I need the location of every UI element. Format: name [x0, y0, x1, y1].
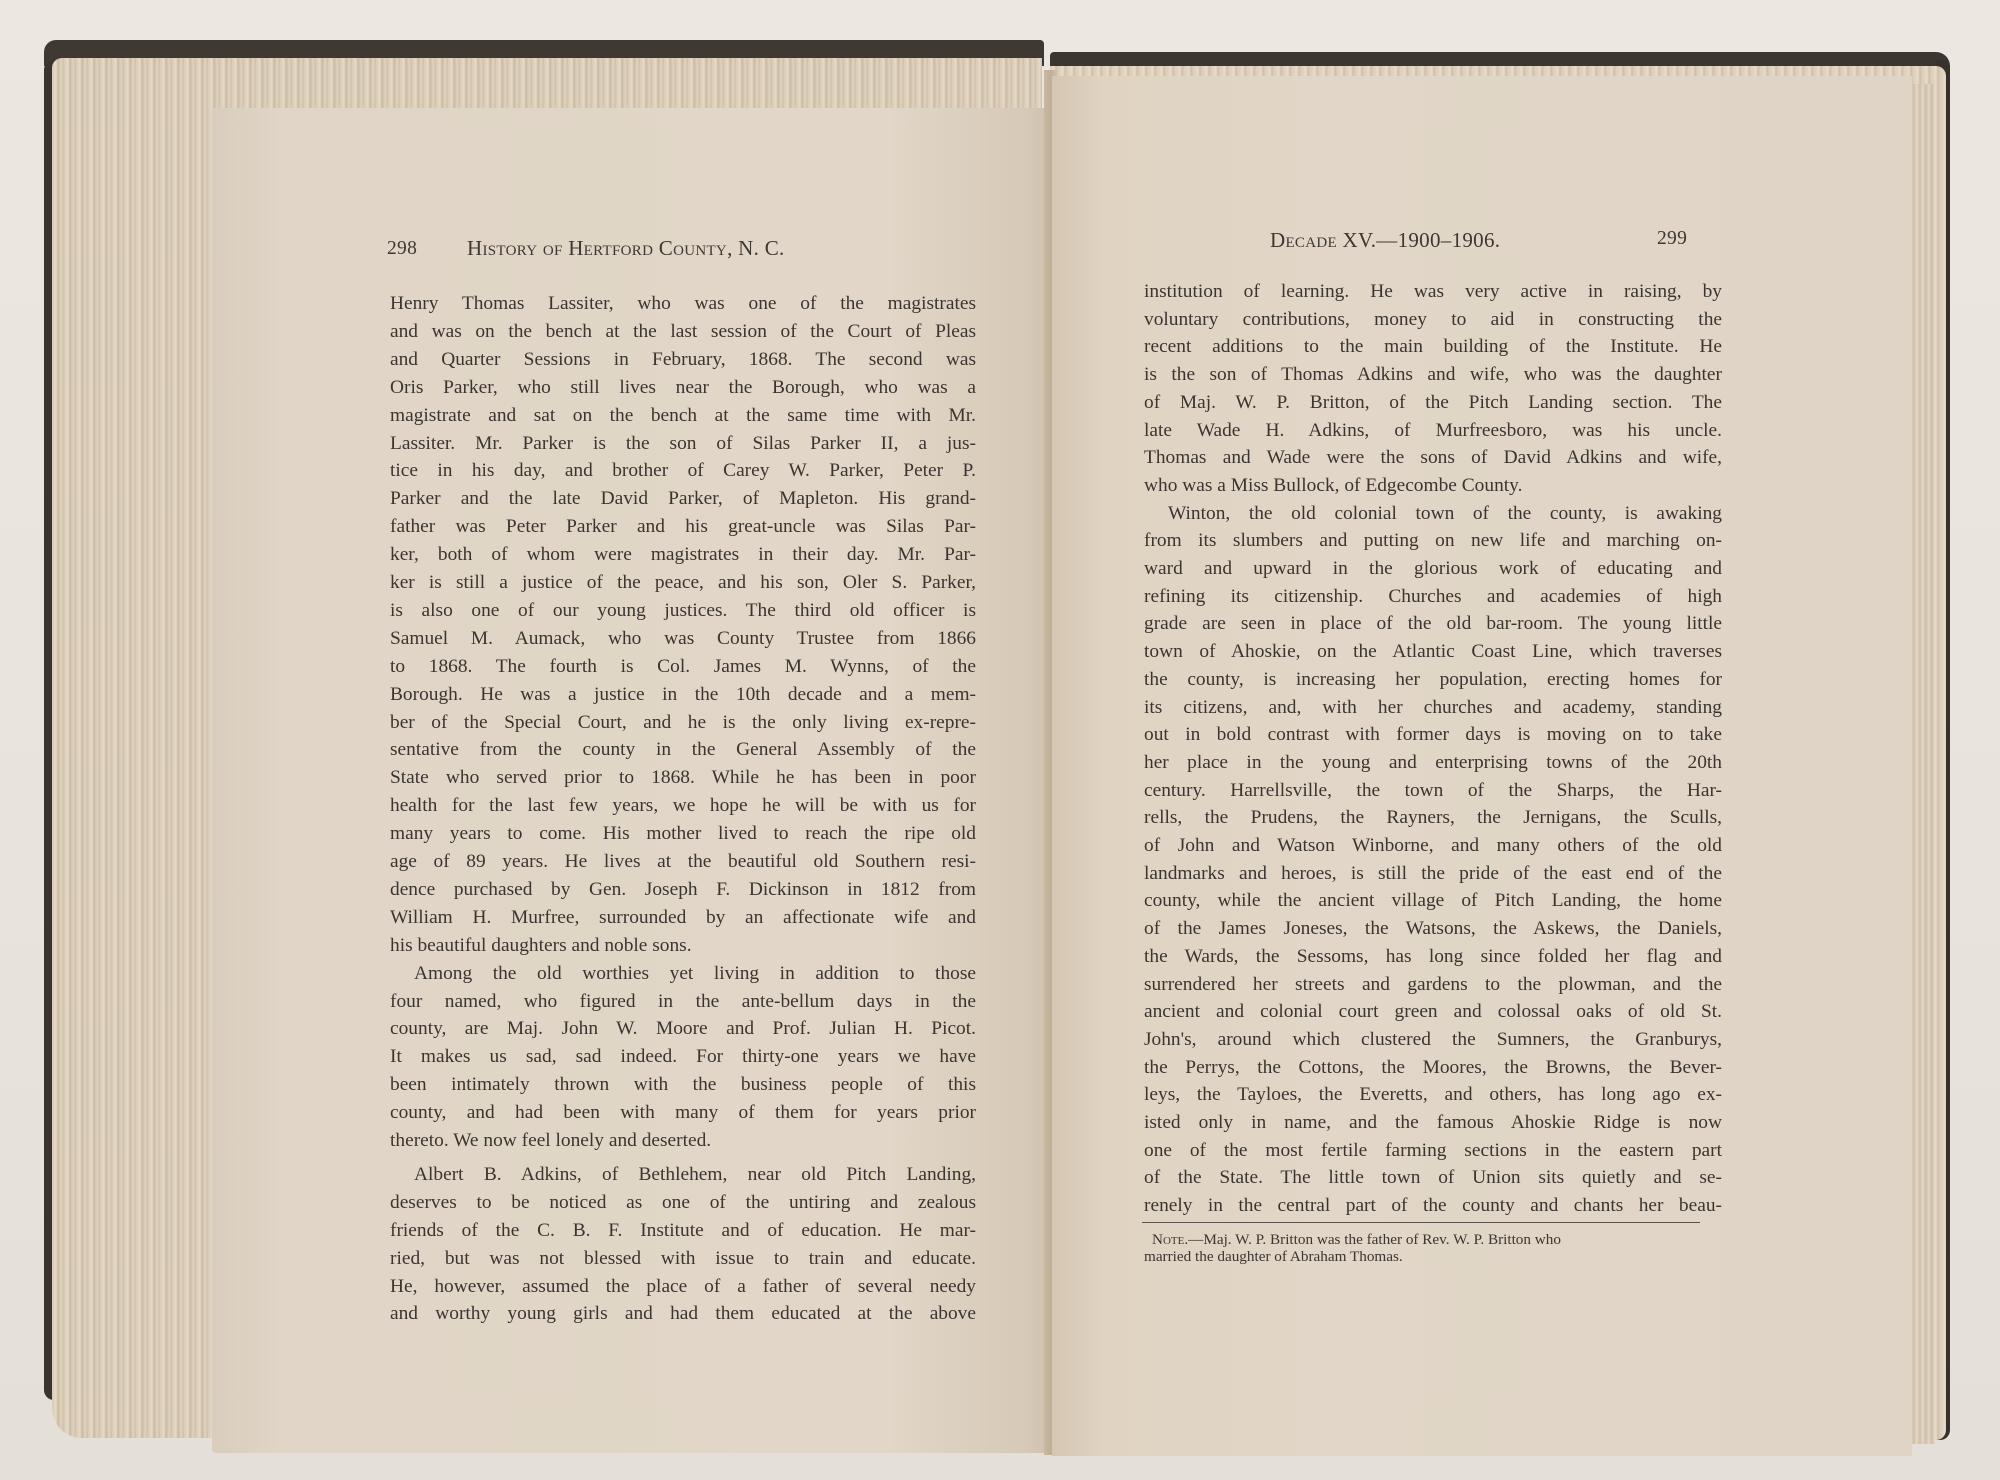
text-line: He, however, assumed the place of a fath…: [390, 1273, 976, 1301]
text-line: dence purchased by Gen. Joseph F. Dickin…: [390, 876, 976, 904]
right-running-head: Decade XV.—1900–1906.: [1270, 228, 1500, 253]
text-line: landmarks and heroes, is still the pride…: [1144, 860, 1722, 888]
text-line: magistrate and sat on the bench at the s…: [390, 402, 976, 430]
footnote: Note.—Maj. W. P. Britton was the father …: [1152, 1231, 1702, 1265]
text-line: Winton, the old colonial town of the cou…: [1168, 500, 1722, 528]
text-line: grade are seen in place of the old bar-r…: [1144, 610, 1722, 638]
text-line: many years to come. His mother lived to …: [390, 820, 976, 848]
text-line: sentative from the county in the General…: [390, 736, 976, 764]
text-line: Thomas and Wade were the sons of David A…: [1144, 444, 1722, 472]
text-line: Among the old worthies yet living in add…: [414, 960, 976, 988]
text-line: its citizens, and, with her churches and…: [1144, 694, 1722, 722]
text-line: one of the most fertile farming sections…: [1144, 1137, 1722, 1165]
left-running-head: History of Hertford County, N. C.: [467, 236, 785, 261]
text-line: ber of the Special Court, and he is the …: [390, 709, 976, 737]
left-page-number: 298: [387, 238, 417, 260]
text-line: ancient and colonial court green and col…: [1144, 998, 1722, 1026]
text-line: John's, around which clustered the Sumne…: [1144, 1026, 1722, 1054]
text-line: from its slumbers and putting on new lif…: [1144, 527, 1722, 555]
text-line: her place in the young and enterprising …: [1144, 749, 1722, 777]
footnote-line-2: married the daughter of Abraham Thomas.: [1144, 1248, 1694, 1265]
right-page: Decade XV.—1900–1906. 299 institution of…: [1052, 76, 1912, 1456]
text-line: friends of the C. B. F. Institute and of…: [390, 1217, 976, 1245]
text-line: who was a Miss Bullock, of Edgecombe Cou…: [1144, 472, 1722, 500]
text-line: to 1868. The fourth is Col. James M. Wyn…: [390, 653, 976, 681]
text-line: of the James Joneses, the Watsons, the A…: [1144, 915, 1722, 943]
text-line: health for the last few years, we hope h…: [390, 792, 976, 820]
text-line: county, and had been with many of them f…: [390, 1099, 976, 1127]
text-line: of the State. The little town of Union s…: [1144, 1164, 1722, 1192]
text-line: ker is still a justice of the peace, and…: [390, 569, 976, 597]
text-line: Henry Thomas Lassiter, who was one of th…: [390, 290, 976, 318]
text-line: his beautiful daughters and noble sons.: [390, 932, 976, 960]
text-line: rells, the Prudens, the Rayners, the Jer…: [1144, 804, 1722, 832]
text-line: town of Ahoskie, on the Atlantic Coast L…: [1144, 638, 1722, 666]
footnote-rule: [1142, 1222, 1700, 1223]
text-line: voluntary contributions, money to aid in…: [1144, 306, 1722, 334]
text-line: age of 89 years. He lives at the beautif…: [390, 848, 976, 876]
text-line: surrendered her streets and gardens to t…: [1144, 971, 1722, 999]
text-line: and Quarter Sessions in February, 1868. …: [390, 346, 976, 374]
text-line: of John and Watson Winborne, and many ot…: [1144, 832, 1722, 860]
text-line: of Maj. W. P. Britton, of the Pitch Land…: [1144, 389, 1722, 417]
text-line: recent additions to the main building of…: [1144, 333, 1722, 361]
text-line: Samuel M. Aumack, who was County Trustee…: [390, 625, 976, 653]
text-line: Albert B. Adkins, of Bethlehem, near old…: [414, 1161, 976, 1189]
text-line: four named, who figured in the ante-bell…: [390, 988, 976, 1016]
text-line: State who served prior to 1868. While he…: [390, 764, 976, 792]
text-line: William H. Murfree, surrounded by an aff…: [390, 904, 976, 932]
footnote-label: Note.: [1152, 1231, 1188, 1248]
text-line: thereto. We now feel lonely and deserted…: [390, 1127, 976, 1155]
text-line: and worthy young girls and had them educ…: [390, 1300, 976, 1328]
text-line: county, are Maj. John W. Moore and Prof.…: [390, 1015, 976, 1043]
text-line: leys, the Tayloes, the Everetts, and oth…: [1144, 1081, 1722, 1109]
text-line: Borough. He was a justice in the 10th de…: [390, 681, 976, 709]
text-line: late Wade H. Adkins, of Murfreesboro, wa…: [1144, 417, 1722, 445]
text-line: isted only in name, and the famous Ahosk…: [1144, 1109, 1722, 1137]
text-line: out in bold contrast with former days is…: [1144, 721, 1722, 749]
text-line: is also one of our young justices. The t…: [390, 597, 976, 625]
text-line: county, while the ancient village of Pit…: [1144, 887, 1722, 915]
text-line: It makes us sad, sad indeed. For thirty-…: [390, 1043, 976, 1071]
text-line: father was Peter Parker and his great-un…: [390, 513, 976, 541]
text-line: ried, but was not blessed with issue to …: [390, 1245, 976, 1273]
text-line: the county, is increasing her population…: [1144, 666, 1722, 694]
text-line: Oris Parker, who still lives near the Bo…: [390, 374, 976, 402]
text-line: ker, both of whom were magistrates in th…: [390, 541, 976, 569]
text-line: the Perrys, the Cottons, the Moores, the…: [1144, 1054, 1722, 1082]
text-line: the Wards, the Sessoms, has long since f…: [1144, 943, 1722, 971]
text-line: is the son of Thomas Adkins and wife, wh…: [1144, 361, 1722, 389]
footnote-line-1: —Maj. W. P. Britton was the father of Re…: [1188, 1231, 1561, 1248]
text-line: tice in his day, and brother of Carey W.…: [390, 457, 976, 485]
text-line: Parker and the late David Parker, of Map…: [390, 485, 976, 513]
text-line: institution of learning. He was very act…: [1144, 278, 1722, 306]
text-line: refining its citizenship. Churches and a…: [1144, 583, 1722, 611]
text-line: and was on the bench at the last session…: [390, 318, 976, 346]
left-page: 298 History of Hertford County, N. C. He…: [212, 108, 1060, 1453]
text-line: ward and upward in the glorious work of …: [1144, 555, 1722, 583]
text-line: renely in the central part of the county…: [1144, 1192, 1722, 1220]
text-line: Lassiter. Mr. Parker is the son of Silas…: [390, 430, 976, 458]
text-line: century. Harrellsville, the town of the …: [1144, 777, 1722, 805]
text-line: been intimately thrown with the business…: [390, 1071, 976, 1099]
right-page-number: 299: [1657, 228, 1687, 250]
text-line: deserves to be noticed as one of the unt…: [390, 1189, 976, 1217]
